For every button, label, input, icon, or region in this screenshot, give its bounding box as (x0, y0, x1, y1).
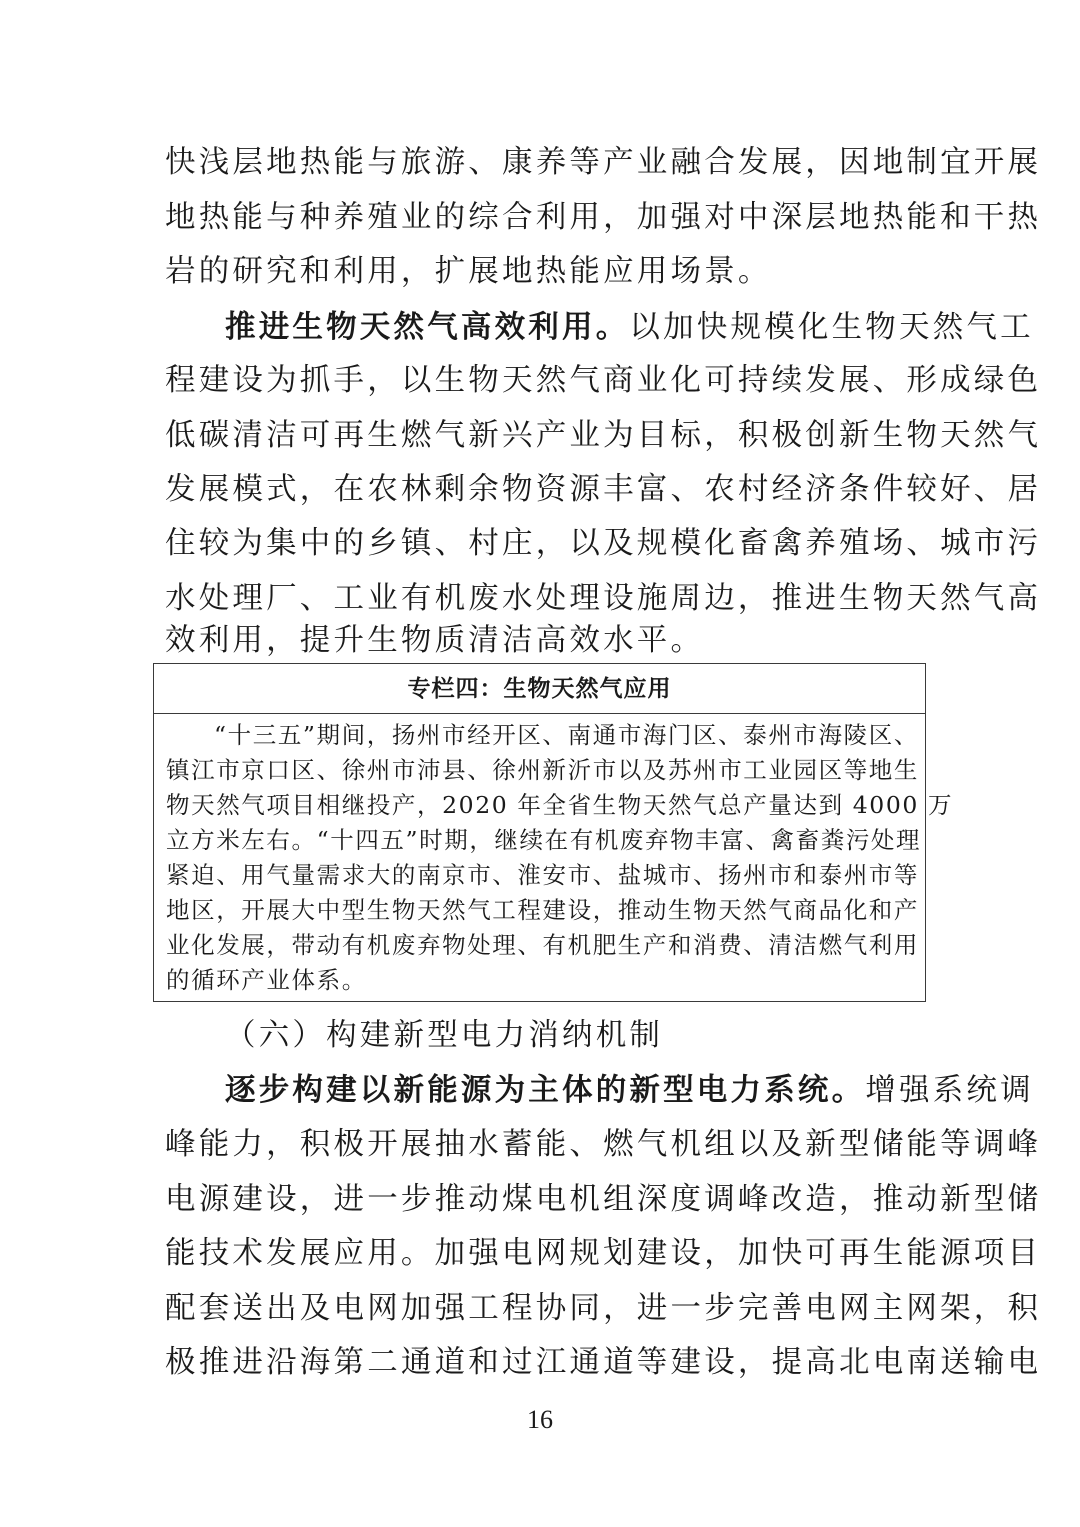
column-box-line: 的循环产业体系。 (166, 964, 916, 996)
body-text-line: 住较为集中的乡镇、村庄，以及规模化畜禽养殖场、城市污 (165, 524, 917, 564)
column-box-line: “十三五”期间，扬州市经开区、南通市海门区、泰州市海陵区、 (214, 719, 916, 751)
document-page: 快浅层地热能与旅游、康养等产业融合发展，因地制宜开展 地热能与种养殖业的综合利用… (0, 0, 1080, 1527)
page-number: 16 (0, 1405, 1080, 1435)
body-text-line: 快浅层地热能与旅游、康养等产业融合发展，因地制宜开展 (165, 143, 917, 183)
body-text-line: 岩的研究和利用，扩展地热能应用场景。 (165, 252, 917, 292)
body-text-span: 以加快规模化生物天然气工 (629, 310, 1033, 345)
body-text-line: 能技术发展应用。加强电网规划建设，加快可再生能源项目 (165, 1234, 917, 1274)
body-text-span: 增强系统调 (865, 1073, 1034, 1108)
column-box: 专栏四：生物天然气应用 “十三五”期间，扬州市经开区、南通市海门区、泰州市海陵区… (153, 663, 926, 1002)
body-text-line: 推进生物天然气高效利用。以加快规模化生物天然气工 (225, 307, 917, 347)
paragraph-lead-bold: 逐步构建以新能源为主体的新型电力系统。 (225, 1072, 865, 1108)
column-box-line: 业化发展，带动有机废弃物处理、有机肥生产和消费、清洁燃气利用 (166, 929, 916, 961)
body-text-line: 极推进沿海第二通道和过江通道等建设，提高北电南送输电 (165, 1343, 917, 1383)
body-text-line: 发展模式，在农林剩余物资源丰富、农村经济条件较好、居 (165, 470, 917, 510)
body-text-line: 效利用，提升生物质清洁高效水平。 (165, 621, 917, 661)
column-box-line: 立方米左右。“十四五”时期，继续在有机废弃物丰富、禽畜粪污处理 (166, 824, 916, 856)
body-text-line: 水处理厂、工业有机废水处理设施周边，推进生物天然气高 (165, 579, 917, 619)
body-text-line: 峰能力，积极开展抽水蓄能、燃气机组以及新型储能等调峰 (165, 1125, 917, 1165)
body-text-line: 地热能与种养殖业的综合利用，加强对中深层地热能和干热 (165, 198, 917, 238)
column-box-line: 地区，开展大中型生物天然气工程建设，推动生物天然气商品化和产 (166, 894, 916, 926)
body-text-line: 电源建设，进一步推动煤电机组深度调峰改造，推动新型储 (165, 1180, 917, 1220)
column-box-title: 专栏四：生物天然气应用 (154, 664, 925, 714)
body-text-line: 逐步构建以新能源为主体的新型电力系统。增强系统调 (225, 1070, 917, 1110)
column-box-line: 紧迫、用气量需求大的南京市、淮安市、盐城市、扬州市和泰州市等 (166, 859, 916, 891)
body-text-line: 配套送出及电网加强工程协同，进一步完善电网主网架，积 (165, 1289, 917, 1329)
body-text-line: 程建设为抓手，以生物天然气商业化可持续发展、形成绿色 (165, 361, 917, 401)
column-box-line: 镇江市京口区、徐州市沛县、徐州新沂市以及苏州市工业园区等地生 (166, 754, 916, 786)
section-heading: （六）构建新型电力消纳机制 (225, 1016, 917, 1056)
body-text-line: 低碳清洁可再生燃气新兴产业为目标，积极创新生物天然气 (165, 416, 917, 456)
column-box-line: 物天然气项目相继投产，2020 年全省生物天然气总产量达到 4000 万 (166, 789, 916, 821)
paragraph-lead-bold: 推进生物天然气高效利用。 (225, 309, 629, 345)
